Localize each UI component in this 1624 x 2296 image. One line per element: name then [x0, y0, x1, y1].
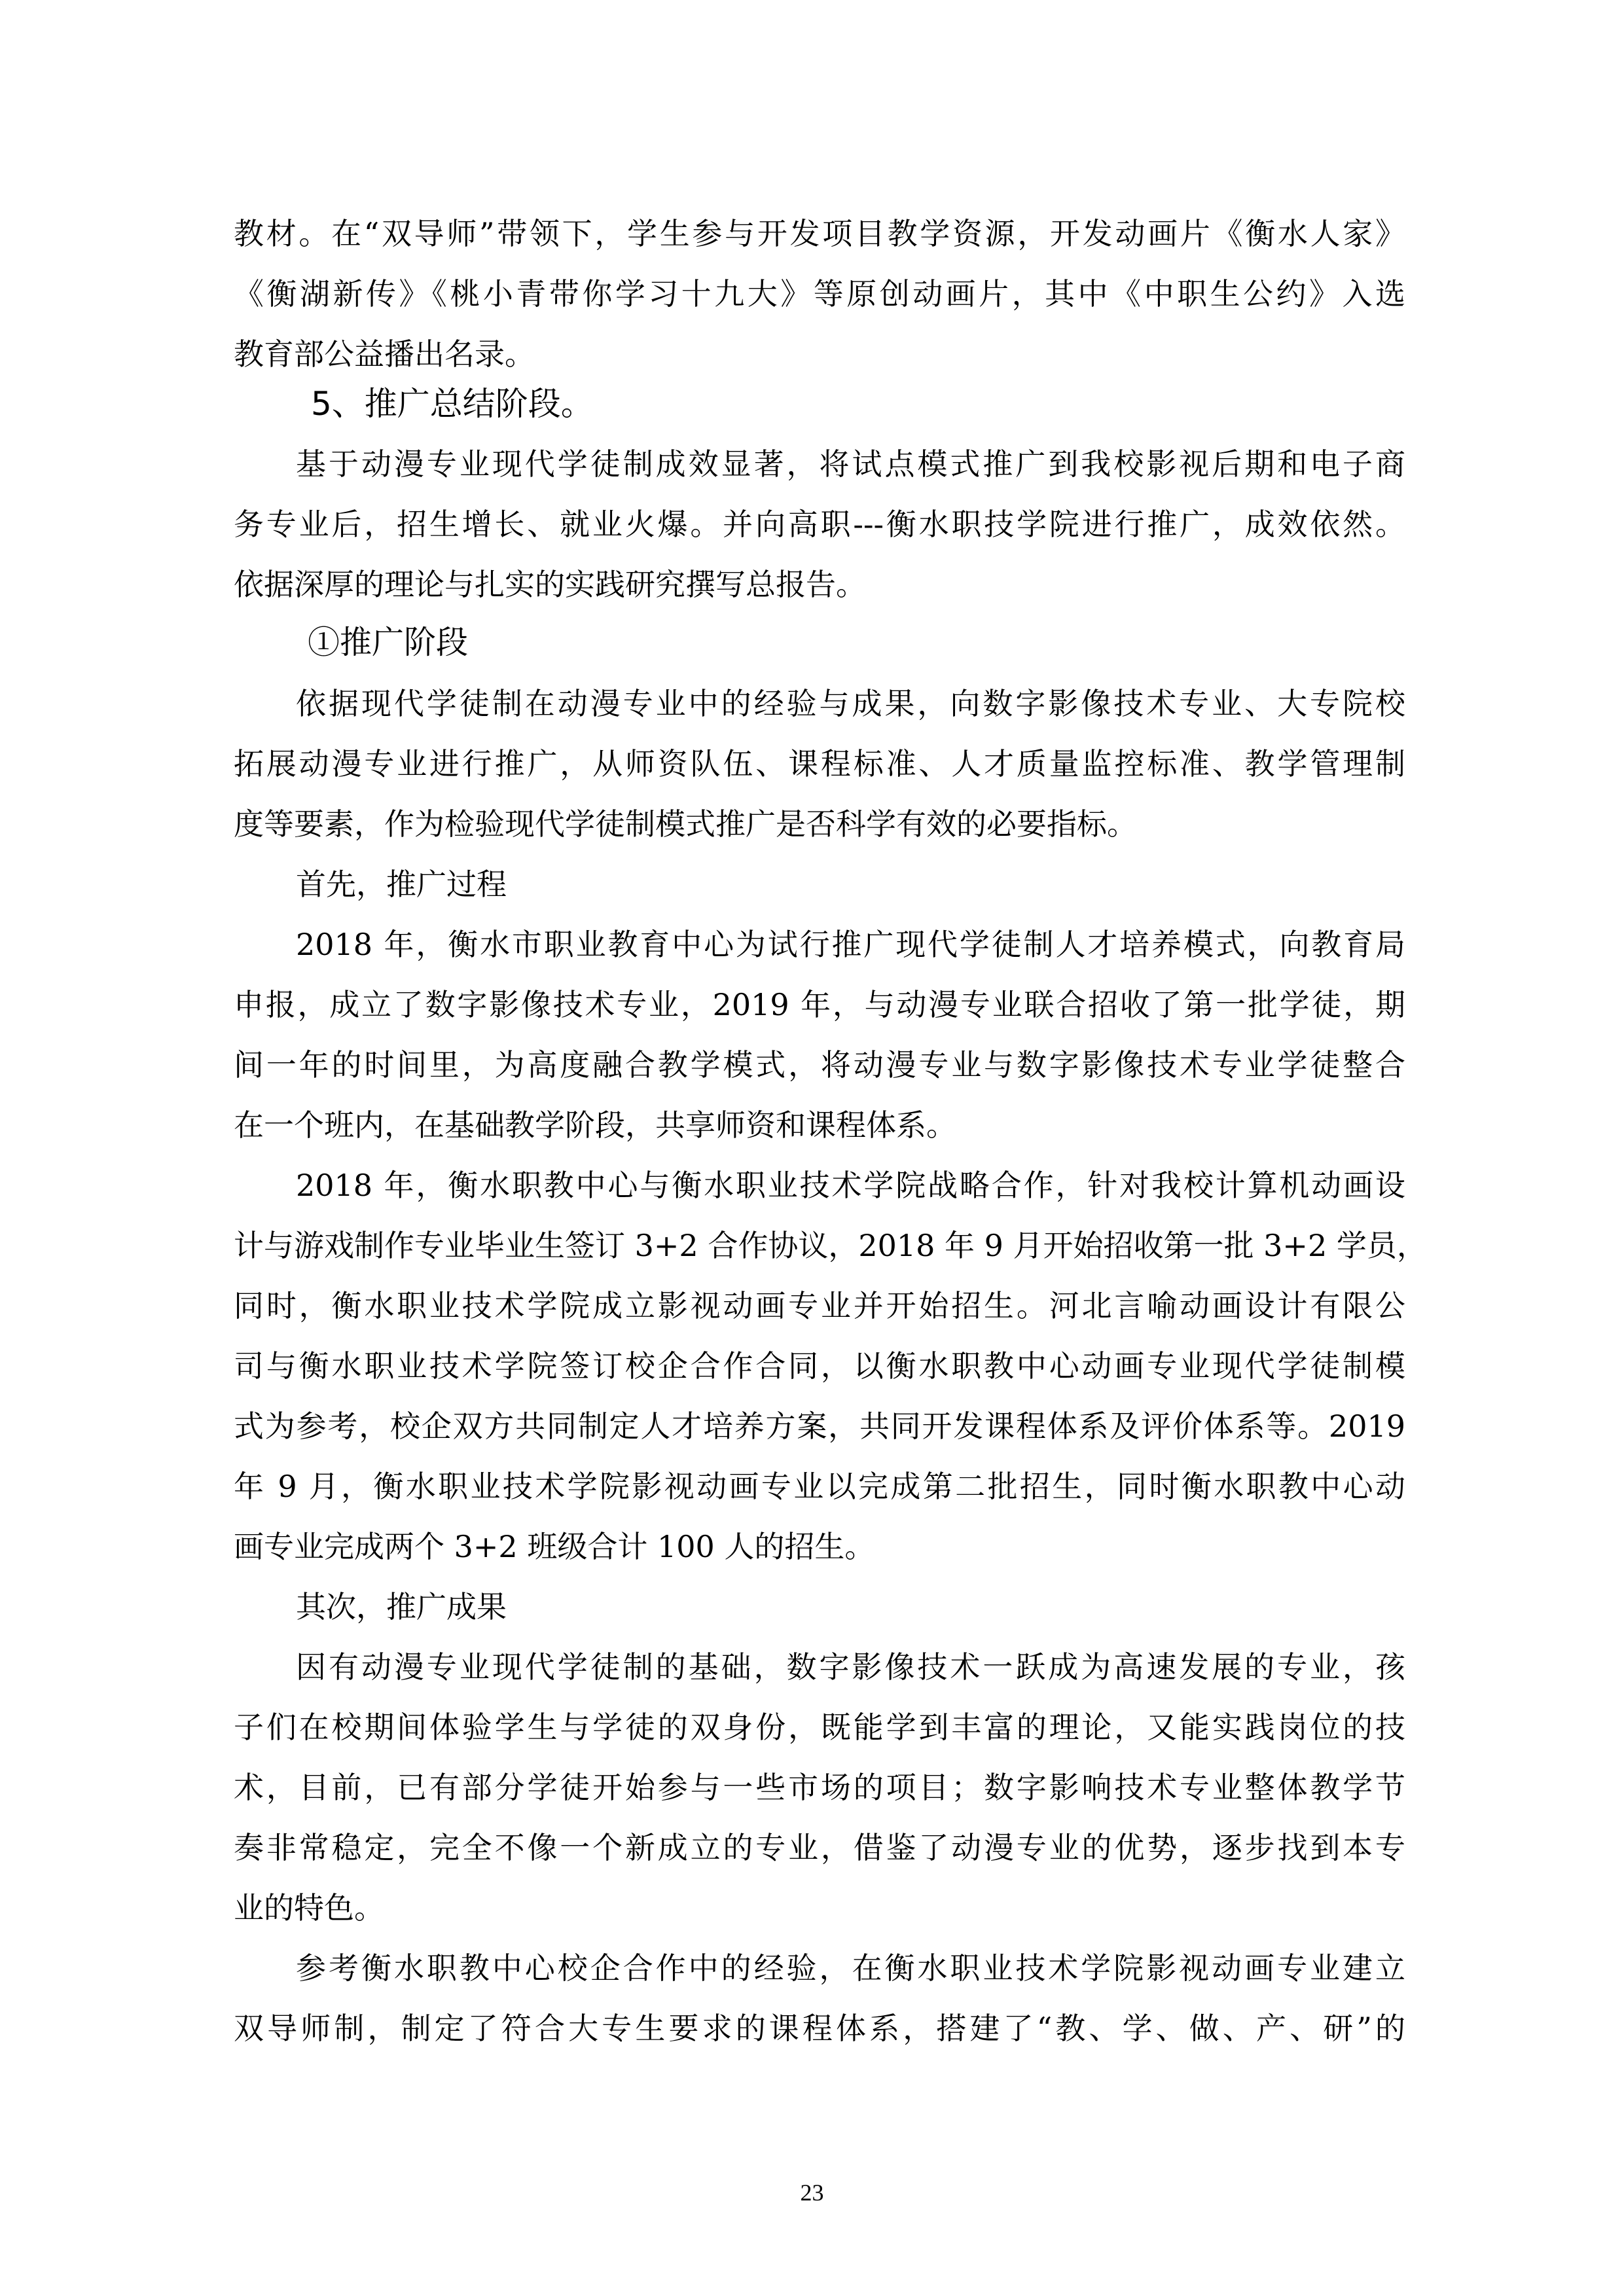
- document-page: 教材。在“双导师”带领下，学生参与开发项目教学资源，开发动画片《衡水人家》 《衡…: [0, 0, 1624, 2296]
- paragraph-line: 2018 年，衡水市职业教育中心为试行推广现代学徒制人才培养模式，向教育局: [296, 925, 1405, 964]
- paragraph-line: 司与衡水职业技术学院签订校企合作合同，以衡水职教中心动画专业现代学徒制模: [234, 1346, 1405, 1386]
- paragraph-line: 奏非常稳定，完全不像一个新成立的专业，借鉴了动漫专业的优势，逐步找到本专: [234, 1828, 1405, 1867]
- paragraph-line: 年 9 月，衡水职业技术学院影视动画专业以完成第二批招生，同时衡水职教中心动: [234, 1467, 1405, 1506]
- paragraph-line: 2018 年，衡水职教中心与衡水职业技术学院战略合作，针对我校计算机动画设: [296, 1166, 1405, 1205]
- paragraph-line: 拓展动漫专业进行推广，从师资队伍、课程标准、人才质量监控标准、教学管理制: [234, 744, 1405, 783]
- paragraph-line: 在一个班内，在基础教学阶段，共享师资和课程体系。: [234, 1105, 1405, 1145]
- paragraph-line: 申报，成立了数字影像技术专业，2019 年，与动漫专业联合招收了第一批学徒，期: [234, 985, 1405, 1024]
- paragraph-line: 依据深厚的理论与扎实的实践研究撰写总报告。: [234, 565, 1405, 604]
- paragraph-line: 因有动漫专业现代学徒制的基础，数字影像技术一跃成为高速发展的专业，孩: [296, 1647, 1405, 1687]
- subsection-heading: ①推广阶段: [308, 622, 468, 664]
- paragraph-line: 双导师制，制定了符合大专生要求的课程体系，搭建了“教、学、做、产、研”的: [234, 2009, 1405, 2048]
- section-heading: 5、推广总结阶段。: [311, 383, 594, 425]
- paragraph-line: 计与游戏制作专业毕业生签订 3+2 合作协议，2018 年 9 月开始招收第一批…: [234, 1226, 1405, 1265]
- paragraph-line: 度等要素，作为检验现代学徒制模式推广是否科学有效的必要指标。: [234, 804, 1405, 844]
- paragraph-line: 教育部公益播出名录。: [234, 334, 1405, 374]
- paragraph-line: 业的特色。: [234, 1888, 1405, 1928]
- paragraph-line: 《衡湖新传》《桃小青带你学习十九大》等原创动画片，其中《中职生公约》入选: [234, 274, 1405, 314]
- paragraph-line: 式为参考，校企双方共同制定人才培养方案，共同开发课程体系及评价体系等。2019: [234, 1407, 1405, 1446]
- paragraph-line: 术，目前，已有部分学徒开始参与一些市场的项目；数字影响技术专业整体教学节: [234, 1768, 1405, 1807]
- paragraph-line: 首先，推广过程: [296, 865, 1405, 904]
- paragraph-line: 教材。在“双导师”带领下，学生参与开发项目教学资源，开发动画片《衡水人家》: [234, 214, 1405, 253]
- paragraph-line: 其次，推广成果: [296, 1587, 1405, 1626]
- paragraph-line: 参考衡水职教中心校企合作中的经验，在衡水职业技术学院影视动画专业建立: [296, 1948, 1405, 1988]
- paragraph-line: 依据现代学徒制在动漫专业中的经验与成果，向数字影像技术专业、大专院校: [296, 684, 1405, 723]
- paragraph-line: 子们在校期间体验学生与学徒的双身份，既能学到丰富的理论，又能实践岗位的技: [234, 1708, 1405, 1747]
- paragraph-line: 画专业完成两个 3+2 班级合计 100 人的招生。: [234, 1527, 1405, 1566]
- paragraph-line: 间一年的时间里，为高度融合教学模式，将动漫专业与数字影像技术专业学徒整合: [234, 1045, 1405, 1085]
- paragraph-line: 务专业后，招生增长、就业火爆。并向高职---衡水职技学院进行推广，成效依然。: [234, 505, 1405, 544]
- paragraph-line: 基于动漫专业现代学徒制成效显著，将试点模式推广到我校影视后期和电子商: [296, 444, 1405, 484]
- page-number: 23: [0, 2178, 1624, 2207]
- paragraph-line: 同时，衡水职业技术学院成立影视动画专业并开始招生。河北言喻动画设计有限公: [234, 1286, 1405, 1325]
